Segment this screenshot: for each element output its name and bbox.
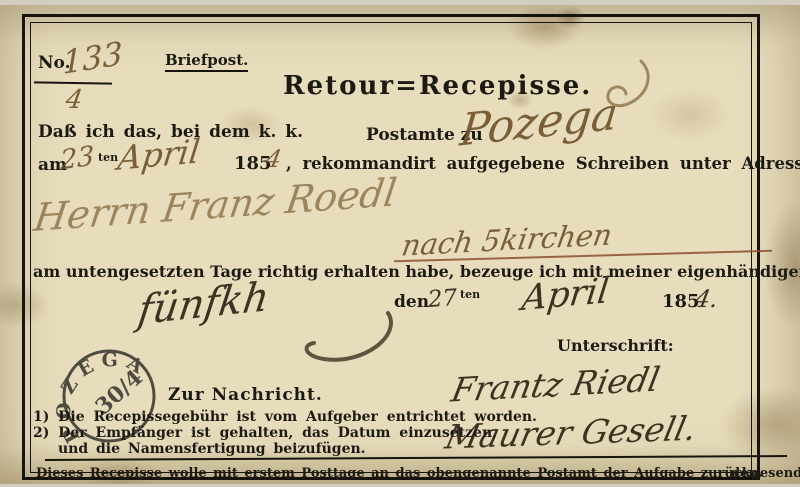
signature-label: Unterschrift: [557,336,674,355]
notice-line-2: 2) Der Empfänger ist gehalten, das Datum… [33,425,497,441]
category-label: Briefpost. [165,51,248,72]
notice-heading: Zur Nachricht. [168,385,323,405]
notice-line-1: 1) Die Recepissegebühr ist vom Aufgeber … [33,409,537,425]
receipt-day-handwritten: 27 [427,285,458,313]
receipt-ten-suffix: ten [460,288,480,301]
den-label: den [394,292,429,312]
footer-instruction: Dieses Recepisse wolle mit erstem Postta… [36,466,800,481]
line3-printed-text: am untengesetzten Tage richtig erhalten … [33,262,800,281]
posting-day-handwritten: 23 [60,140,94,176]
signature-flourish [292,309,402,371]
document-paper: No. 133 4 Briefpost. Retour=Recepisse. D… [0,5,800,484]
line2-printed-text: , rekommandirt aufgegebene Schreiben unt… [286,154,800,173]
footer-den-label: den. [731,466,762,481]
posting-month-handwritten: April [116,131,202,178]
ten-suffix: ten [98,151,118,164]
receipt-year-digit-handwritten: 4. [693,285,721,313]
receipt-month-handwritten: April [520,271,611,319]
notice-line-3: und die Namensfertigung beizufügen. [58,441,366,457]
